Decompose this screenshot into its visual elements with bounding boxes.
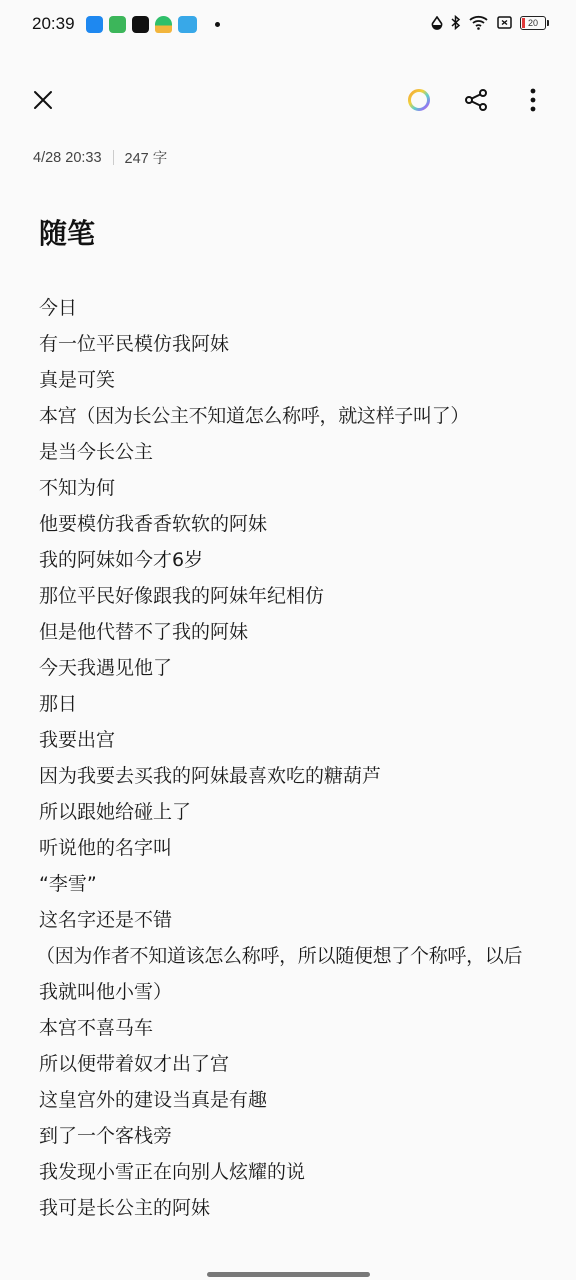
body-line: 我发现小雪正在向别人炫耀的说 bbox=[39, 1154, 549, 1190]
body-line: 有一位平民模仿我阿妹 bbox=[39, 326, 549, 362]
body-line: 这名字还是不错 bbox=[39, 902, 549, 938]
close-icon bbox=[33, 90, 53, 110]
chat-app-icon bbox=[178, 16, 197, 33]
share-icon bbox=[464, 88, 488, 112]
more-notifications-dot bbox=[215, 22, 220, 27]
wifi-icon bbox=[469, 15, 489, 30]
body-line: 那位平民好像跟我的阿妹年纪相仿 bbox=[39, 578, 549, 614]
body-line: 但是他代替不了我的阿妹 bbox=[39, 614, 549, 650]
store-app-icon bbox=[109, 16, 126, 33]
body-line: 我要出宫 bbox=[39, 722, 549, 758]
body-line: 我可是长公主的阿妹 bbox=[39, 1190, 549, 1226]
meta-divider bbox=[113, 150, 114, 165]
body-line: 是当今长公主 bbox=[39, 434, 549, 470]
body-line: 我就叫他小雪） bbox=[39, 974, 549, 1010]
body-line: 这皇宫外的建设当真是有趣 bbox=[39, 1082, 549, 1118]
body-line: 今天我遇见他了 bbox=[39, 650, 549, 686]
battery-icon: 20 bbox=[520, 16, 546, 30]
body-line: 他要模仿我香香软软的阿妹 bbox=[39, 506, 549, 542]
close-button[interactable] bbox=[21, 78, 65, 122]
body-line: 真是可笑 bbox=[39, 362, 549, 398]
body-line: 那日 bbox=[39, 686, 549, 722]
bluetooth-icon bbox=[451, 15, 461, 30]
body-line: 到了一个客栈旁 bbox=[39, 1118, 549, 1154]
body-line: 听说他的名字叫 bbox=[39, 830, 549, 866]
notification-icons bbox=[86, 16, 220, 33]
body-line: （因为作者不知道该怎么称呼，所以随便想了个称呼，以后 bbox=[36, 938, 549, 974]
color-ring-icon bbox=[407, 88, 431, 112]
no-sim-icon bbox=[497, 16, 512, 29]
status-bar: 20:39 20 bbox=[0, 0, 576, 50]
body-line: 今日 bbox=[39, 290, 549, 326]
word-count: 247 字 bbox=[125, 147, 168, 168]
more-vertical-icon bbox=[530, 88, 536, 112]
body-line: 本宫（因为长公主不知道怎么称呼，就这样子叫了） bbox=[39, 398, 549, 434]
body-line: “李雪” bbox=[39, 866, 549, 902]
body-line: 因为我要去买我的阿妹最喜欢吃的糖葫芦 bbox=[39, 758, 549, 794]
tiktok-icon bbox=[132, 16, 149, 33]
body-line: 所以便带着奴才出了宫 bbox=[39, 1046, 549, 1082]
body-line: 不知为何 bbox=[39, 470, 549, 506]
more-options-button[interactable] bbox=[511, 78, 555, 122]
cloud-app-icon bbox=[86, 16, 103, 33]
note-toolbar bbox=[0, 78, 576, 122]
status-time: 20:39 bbox=[32, 14, 75, 34]
body-line: 所以跟她给碰上了 bbox=[39, 794, 549, 830]
note-title[interactable]: 随笔 bbox=[39, 212, 95, 252]
share-button[interactable] bbox=[454, 78, 498, 122]
note-meta: 4/28 20:33 247 字 bbox=[33, 147, 167, 168]
data-saver-icon bbox=[431, 16, 443, 30]
system-icons: 20 bbox=[431, 15, 546, 30]
home-indicator[interactable] bbox=[207, 1272, 370, 1277]
note-datetime: 4/28 20:33 bbox=[33, 150, 102, 166]
note-body[interactable]: 今日 有一位平民模仿我阿妹 真是可笑 本宫（因为长公主不知道怎么称呼，就这样子叫… bbox=[39, 290, 549, 1226]
video-app-icon bbox=[155, 16, 172, 33]
body-line: 本宫不喜马车 bbox=[39, 1010, 549, 1046]
body-line: 我的阿妹如今才6岁 bbox=[39, 542, 549, 578]
color-theme-button[interactable] bbox=[397, 78, 441, 122]
